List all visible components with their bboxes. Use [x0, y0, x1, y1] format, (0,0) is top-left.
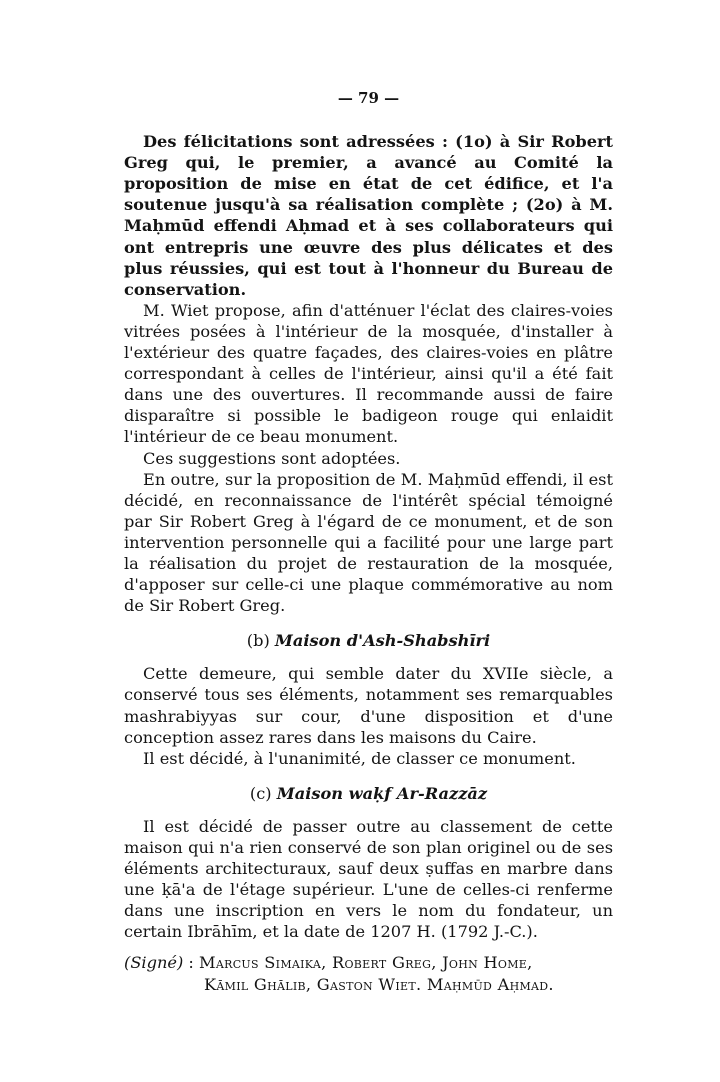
signature-separator: :: [183, 953, 199, 972]
page-number: — 79 —: [124, 88, 613, 109]
section-b-paragraph-1: Cette demeure, qui semble dater du XVIIe…: [124, 663, 613, 747]
section-b-paragraph-2: Il est décidé, à l'unanimité, de classer…: [124, 748, 613, 769]
section-b-heading: (b) Maison d'Ash-Shabshīri: [124, 630, 613, 651]
section-b-label: (b): [247, 631, 270, 650]
signature-label: (Signé): [124, 953, 183, 972]
signature-line-1: Marcus Simaika, Robert Greg, John Home,: [199, 953, 533, 972]
signatures: (Signé) : Marcus Simaika, Robert Greg, J…: [124, 952, 613, 994]
section-c-title: Maison waḳf Ar-Razzāz: [277, 784, 487, 803]
paragraph-plaque: En outre, sur la proposition de M. Maḥmū…: [124, 469, 613, 617]
paragraph-suggestions-adopted: Ces suggestions sont adoptées.: [124, 448, 613, 469]
document-page: — 79 — Des félicitations sont adressées …: [124, 88, 613, 995]
section-c-heading: (c) Maison waḳf Ar-Razzāz: [124, 783, 613, 804]
section-c-label: (c): [250, 784, 272, 803]
section-c-paragraph-1: Il est décidé de passer outre au classem…: [124, 816, 613, 943]
signature-line-2: Kāmil Ghālib, Gaston Wiet. Maḥmūd Aḥmad.: [124, 974, 613, 995]
paragraph-felicitations: Des félicitations sont adressées : (1o) …: [124, 131, 613, 300]
paragraph-wiet-proposal: M. Wiet propose, afin d'atténuer l'éclat…: [124, 300, 613, 448]
section-b-title: Maison d'Ash-Shabshīri: [275, 631, 490, 650]
